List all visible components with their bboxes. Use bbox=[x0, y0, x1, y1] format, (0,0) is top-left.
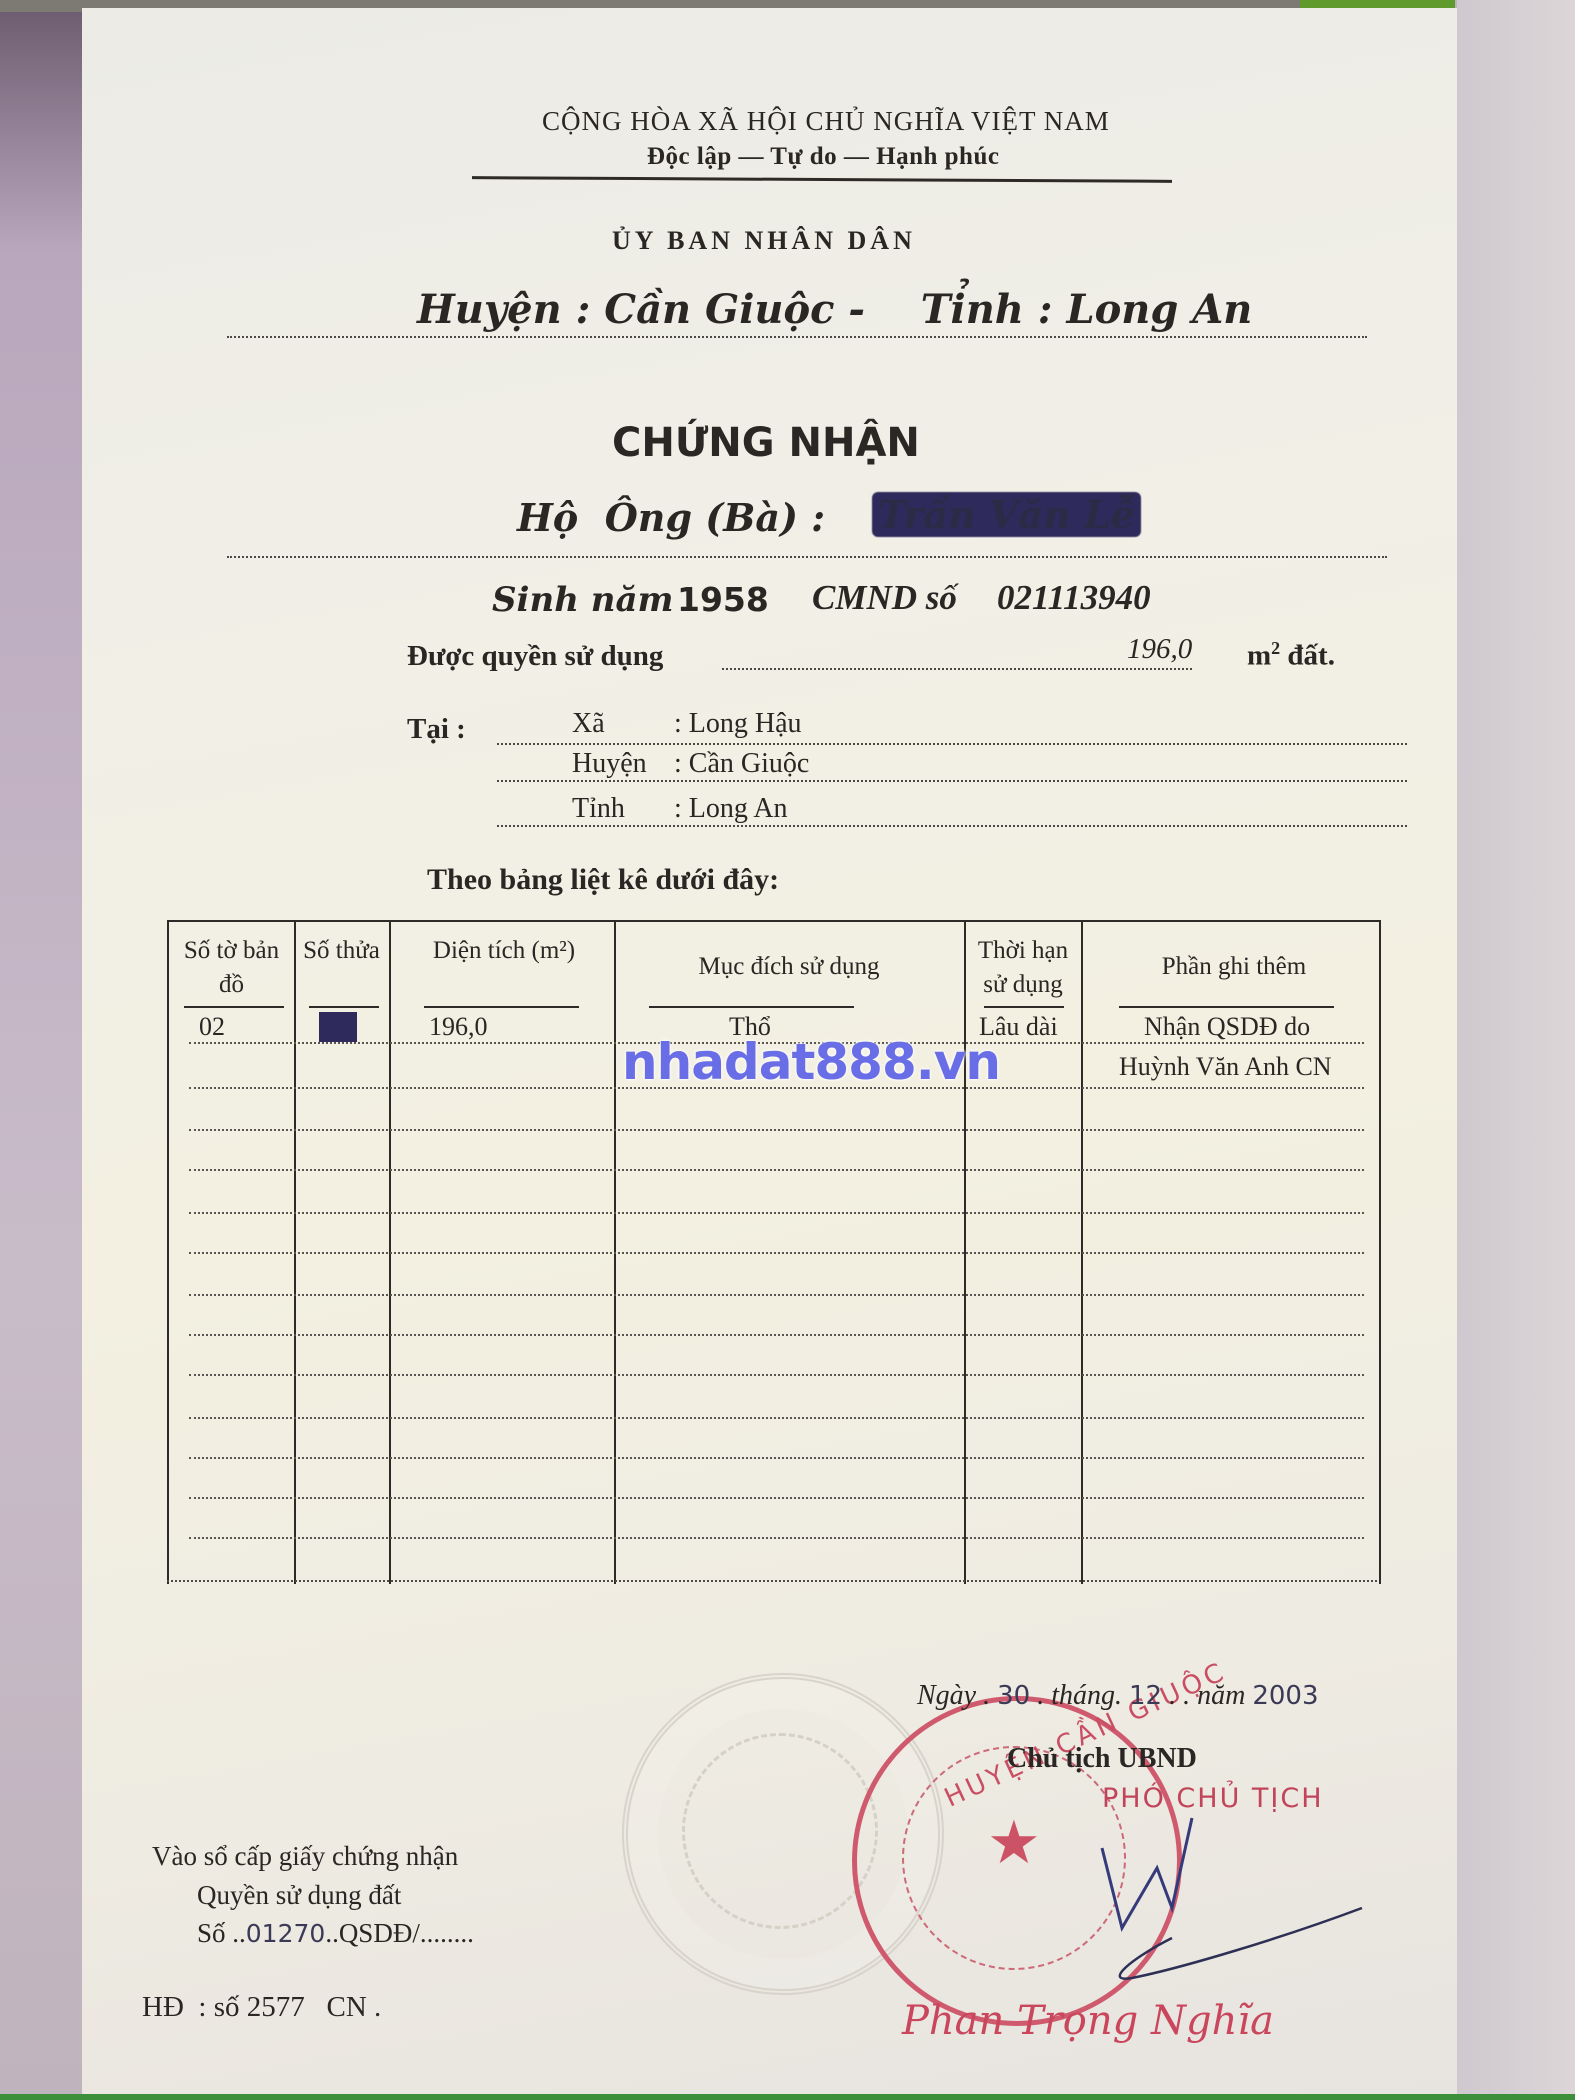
row-dotted-line bbox=[189, 1252, 1364, 1254]
registry-number-prefix: Số .. bbox=[197, 1918, 246, 1948]
cell-note-continued: Huỳnh Văn Anh CN bbox=[1119, 1052, 1332, 1082]
heading-rule bbox=[472, 176, 1172, 183]
birth-label: Sinh năm bbox=[492, 580, 673, 620]
header-rule bbox=[984, 1006, 1064, 1008]
watermark: nhadat888.vn bbox=[622, 1033, 1000, 1091]
area-unit: m2 đất. bbox=[1247, 638, 1335, 673]
dotted-line bbox=[227, 556, 1387, 558]
dotted-line bbox=[497, 825, 1407, 827]
location-value: Long An bbox=[689, 793, 788, 824]
location-key: Xã bbox=[572, 708, 667, 740]
header-purpose: Mục đích sử dụng bbox=[624, 950, 954, 984]
row-dotted-line bbox=[189, 1294, 1364, 1296]
location-sep: : bbox=[674, 748, 682, 779]
dotted-line bbox=[497, 780, 1407, 782]
dotted-line bbox=[227, 336, 1367, 338]
month-label: tháng bbox=[1051, 1680, 1115, 1711]
row-dotted-line bbox=[189, 1417, 1364, 1419]
registry-number: Số ..01270..QSDĐ/........ bbox=[197, 1918, 474, 1949]
id-number: 021113940 bbox=[997, 578, 1151, 618]
date-month: 12 bbox=[1129, 1681, 1162, 1711]
date-year: 2003 bbox=[1252, 1681, 1318, 1711]
dotted-line bbox=[497, 743, 1407, 745]
row-dotted-line bbox=[189, 1212, 1364, 1214]
header-map-sheet: Số tờ bản đồ bbox=[174, 934, 289, 1002]
row-dotted-line bbox=[189, 1169, 1364, 1171]
header-rule bbox=[184, 1006, 284, 1008]
background-bottom bbox=[0, 2094, 1575, 2100]
location-commune: Xã : Long Hậu bbox=[572, 708, 802, 740]
row-dotted-line bbox=[189, 1457, 1364, 1459]
unit-m: m bbox=[1247, 640, 1271, 672]
registry-number-value: 01270 bbox=[246, 1919, 326, 1948]
cell-note: Nhận QSDĐ do bbox=[1144, 1012, 1310, 1042]
signer-name-stamp: Phan Trọng Nghĩa bbox=[902, 1998, 1274, 2044]
certificate-page: CỘNG HÒA XÃ HỘI CHỦ NGHĨA VIỆT NAM Độc l… bbox=[82, 8, 1457, 2094]
committee-heading: ỦY BAN NHÂN DÂN bbox=[612, 226, 916, 256]
birth-year: 1958 bbox=[677, 580, 769, 619]
registry-line-2: Quyền sử dụng đất bbox=[197, 1880, 401, 1911]
table-bottom-dotted-line bbox=[167, 1580, 1377, 1582]
holder-name-redacted: Trần Văn Lễ bbox=[872, 492, 1141, 537]
location-value: Cần Giuộc bbox=[689, 748, 810, 779]
cell-parcel-redacted: 42 bbox=[319, 1012, 357, 1042]
location-district: Huyện : Cần Giuộc bbox=[572, 748, 809, 780]
nation-heading: CỘNG HÒA XÃ HỘI CHỦ NGHĨA VIỆT NAM bbox=[542, 106, 1110, 137]
header-parcel: Số thửa bbox=[299, 934, 384, 968]
table-intro: Theo bảng liệt kê dưới đây: bbox=[427, 863, 779, 897]
cell-map-sheet: 02 bbox=[199, 1012, 225, 1042]
issue-date: Ngày . 30 . tháng. 12 . . năm 2003 bbox=[917, 1680, 1318, 1712]
row-dotted-line bbox=[189, 1374, 1364, 1376]
date-day: 30 bbox=[997, 1681, 1030, 1711]
location-sep: : bbox=[674, 708, 682, 739]
row-dotted-line bbox=[189, 1497, 1364, 1499]
use-right-label: Được quyền sử dụng bbox=[407, 640, 663, 673]
header-rule bbox=[1119, 1006, 1334, 1008]
header-term: Thời hạn sử dụng bbox=[969, 934, 1077, 1002]
land-area-value: 196,0 bbox=[1127, 633, 1192, 666]
unit-suffix: đất. bbox=[1287, 640, 1335, 672]
district-province-line: Huyện : Cần Giuộc - Tỉnh : Long An bbox=[417, 286, 1252, 333]
contract-number: HĐ : số 2577 CN . bbox=[142, 1991, 381, 2024]
date-prefix: Ngày bbox=[917, 1680, 976, 1711]
row-dotted-line bbox=[189, 1129, 1364, 1131]
location-sep: : bbox=[674, 793, 682, 824]
cell-area: 196,0 bbox=[429, 1012, 488, 1042]
header-rule bbox=[424, 1006, 579, 1008]
motto: Độc lập — Tự do — Hạnh phúc bbox=[647, 143, 999, 171]
chair-title: Chủ tịch UBND bbox=[1007, 1743, 1197, 1775]
row-dotted-line bbox=[189, 1537, 1364, 1539]
location-label: Tại : bbox=[407, 713, 466, 746]
location-value: Long Hậu bbox=[689, 708, 802, 739]
id-label: CMND số bbox=[812, 578, 957, 618]
location-key: Tỉnh bbox=[572, 793, 667, 825]
year-label: năm bbox=[1197, 1680, 1245, 1711]
header-note: Phần ghi thêm bbox=[1094, 950, 1374, 984]
adjacent-page bbox=[1455, 0, 1575, 2100]
header-rule bbox=[649, 1006, 854, 1008]
row-dotted-line bbox=[189, 1334, 1364, 1336]
registry-number-suffix: ..QSDĐ/........ bbox=[325, 1918, 474, 1948]
land-parcel-table: Số tờ bản đồ Số thửa Diện tích (m²) Mục … bbox=[167, 920, 1381, 1584]
header-rule bbox=[309, 1006, 379, 1008]
holder-label: Hộ Ông (Bà) : bbox=[517, 495, 825, 540]
embossed-seal-inner bbox=[682, 1733, 878, 1929]
dotted-line bbox=[722, 668, 1192, 670]
location-key: Huyện bbox=[572, 748, 667, 780]
background-left bbox=[0, 0, 90, 2100]
handwritten-signature-icon bbox=[982, 1788, 1402, 1988]
location-province: Tỉnh : Long An bbox=[572, 793, 788, 825]
certificate-title: CHỨNG NHẬN bbox=[612, 420, 920, 466]
header-area: Diện tích (m²) bbox=[419, 934, 589, 968]
unit-exponent: 2 bbox=[1271, 638, 1280, 658]
registry-line-1: Vào sổ cấp giấy chứng nhận bbox=[152, 1841, 458, 1872]
